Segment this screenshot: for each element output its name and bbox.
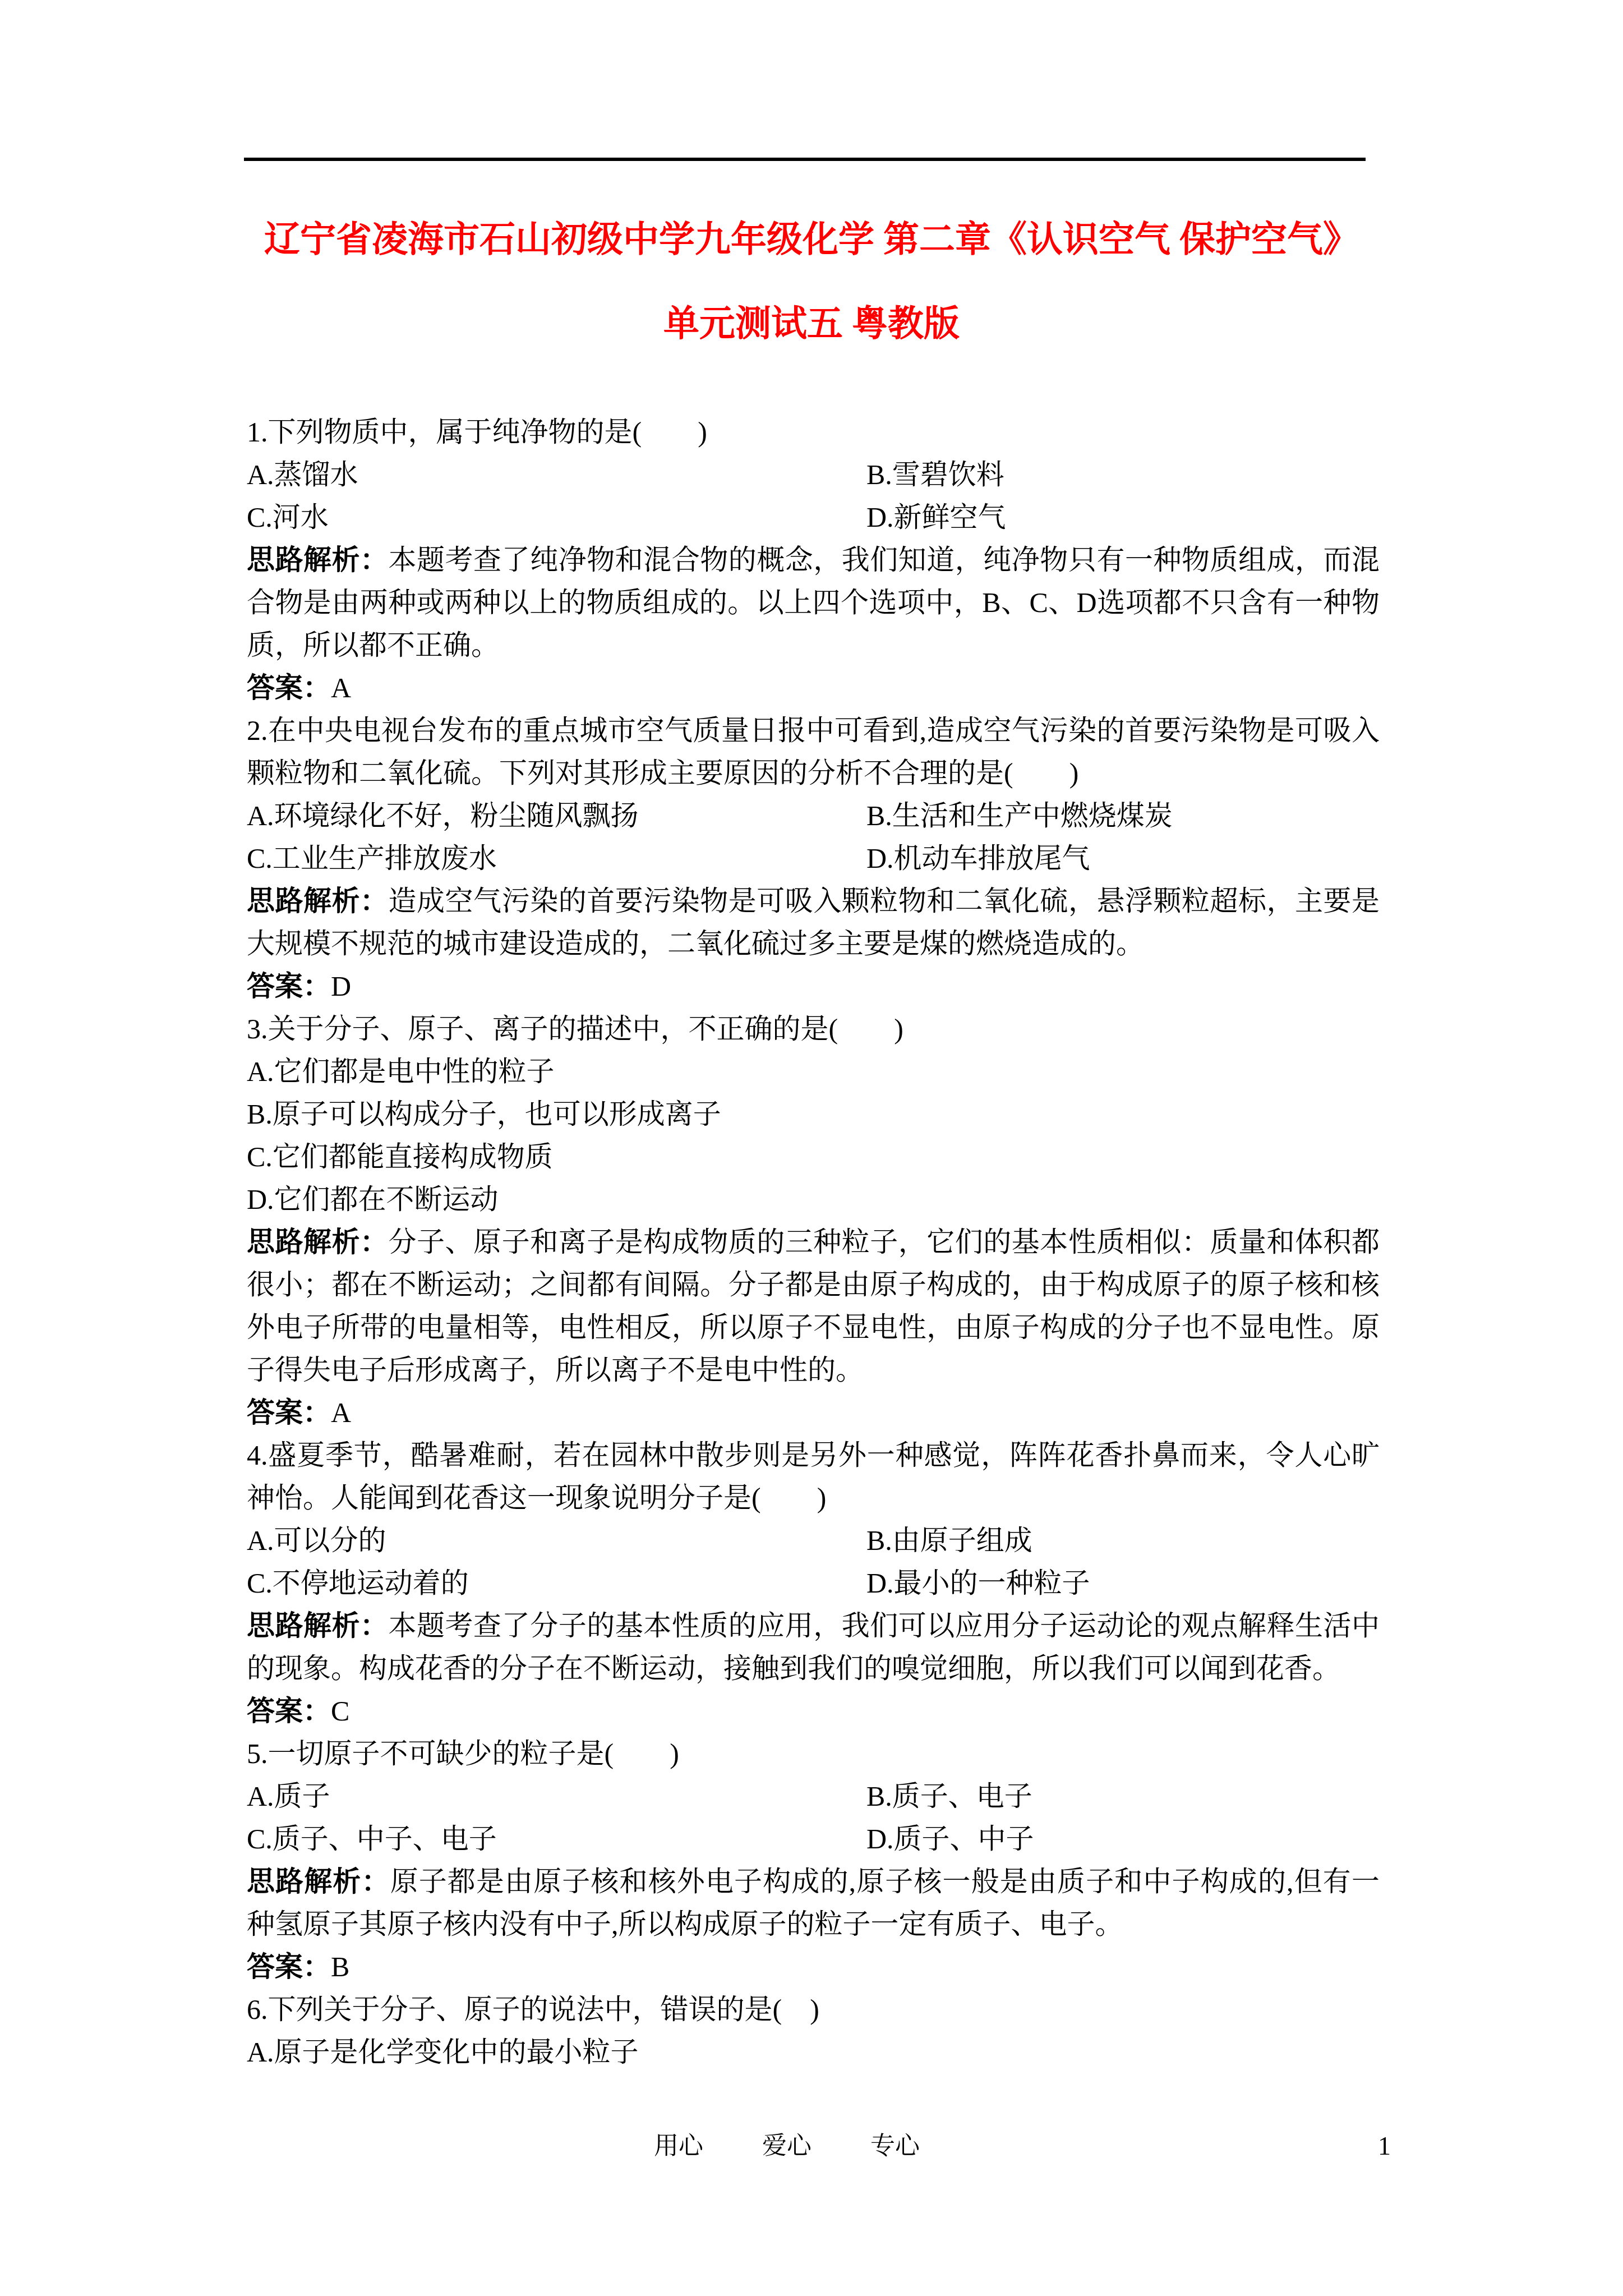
analysis-paragraph: 思路解析：本题考查了分子的基本性质的应用，我们可以应用分子运动论的观点解释生活中… [247,1604,1380,1690]
title-line-1: 辽宁省凌海市石山初级中学九年级化学 第二章《认识空气 保护空气》 [247,197,1376,282]
answer-value: A [331,1397,351,1428]
question-block-5: 5.一切原子不可缺少的粒子是( )A.质子B.质子、电子C.质子、中子、电子D.… [247,1732,1380,1988]
footer-motto-word: 用心 [654,2129,703,2163]
answer-line: 答案：B [247,1945,1380,1988]
answer-value: C [331,1695,349,1727]
option-row: C.质子、中子、电子D.质子、中子 [247,1818,1380,1860]
answer-label: 答案： [247,1951,331,1982]
answer-label: 答案： [247,1695,331,1727]
separator-line [244,158,1366,161]
document-title: 辽宁省凌海市石山初级中学九年级化学 第二章《认识空气 保护空气》 单元测试五 粤… [247,197,1376,366]
page-number: 1 [1378,2129,1391,2163]
option: C.工业生产排放废水 [247,837,866,880]
option: B.原子可以构成分子，也可以形成离子 [247,1093,1380,1135]
answer-line: 答案：C [247,1690,1380,1732]
option: D.新鲜空气 [866,496,1006,539]
analysis-text: 本题考查了分子的基本性质的应用，我们可以应用分子运动论的观点解释生活中的现象。构… [247,1610,1380,1684]
analysis-paragraph: 思路解析：分子、原子和离子是构成物质的三种粒子，它们的基本性质相似：质量和体积都… [247,1221,1380,1391]
answer-line: 答案：D [247,965,1380,1007]
option: D.质子、中子 [866,1818,1034,1860]
option: D.它们都在不断运动 [247,1178,1380,1221]
analysis-text: 分子、原子和离子是构成物质的三种粒子，它们的基本性质相似：质量和体积都很小；都在… [247,1226,1380,1386]
option: A.蒸馏水 [247,453,866,496]
question-stem: 1.下列物质中，属于纯净物的是( ) [247,411,1380,453]
answer-line: 答案：A [247,666,1380,709]
footer-motto-word: 专心 [870,2129,920,2163]
answer-line: 答案：A [247,1391,1380,1434]
answer-value: B [331,1951,349,1982]
option: D.最小的一种粒子 [866,1562,1090,1604]
option-row: A.蒸馏水B.雪碧饮料 [247,453,1380,496]
analysis-label: 思路解析： [247,1866,390,1897]
question-stem: 5.一切原子不可缺少的粒子是( ) [247,1732,1380,1775]
page-footer: 用心 爱心 专心 1 [247,2129,1380,2163]
question-block-3: 3.关于分子、原子、离子的描述中，不正确的是( )A.它们都是电中性的粒子B.原… [247,1007,1380,1434]
option: A.可以分的 [247,1519,866,1562]
option-row: C.工业生产排放废水D.机动车排放尾气 [247,837,1380,880]
answer-label: 答案： [247,1397,331,1428]
analysis-label: 思路解析： [247,885,389,917]
option: A.原子是化学变化中的最小粒子 [247,2031,1380,2073]
option: C.它们都能直接构成物质 [247,1135,1380,1178]
document-page: 辽宁省凌海市石山初级中学九年级化学 第二章《认识空气 保护空气》 单元测试五 粤… [0,0,1623,2296]
analysis-text: 本题考查了纯净物和混合物的概念，我们知道，纯净物只有一种物质组成，而混合物是由两… [247,544,1380,661]
option: A.环境绿化不好，粉尘随风飘扬 [247,794,866,837]
answer-label: 答案： [247,672,331,703]
analysis-text: 原子都是由原子核和核外电子构成的,原子核一般是由质子和中子构成的,但有一种氢原子… [247,1866,1380,1940]
question-block-1: 1.下列物质中，属于纯净物的是( )A.蒸馏水B.雪碧饮料C.河水D.新鲜空气思… [247,411,1380,709]
option: B.雪碧饮料 [866,453,1004,496]
option: B.生活和生产中燃烧煤炭 [866,794,1173,837]
option: C.不停地运动着的 [247,1562,866,1604]
question-stem: 3.关于分子、原子、离子的描述中，不正确的是( ) [247,1007,1380,1050]
footer-motto: 用心 爱心 专心 [654,2129,920,2163]
question-stem: 6.下列关于分子、原子的说法中，错误的是( ) [247,1988,1380,2031]
option: C.河水 [247,496,866,539]
question-block-2: 2.在中央电视台发布的重点城市空气质量日报中可看到,造成空气污染的首要污染物是可… [247,709,1380,1007]
option-row: C.河水D.新鲜空气 [247,496,1380,539]
analysis-label: 思路解析： [247,1226,389,1258]
analysis-paragraph: 思路解析：造成空气污染的首要污染物是可吸入颗粒物和二氧化硫，悬浮颗粒超标，主要是… [247,880,1380,965]
answer-value: D [331,970,351,1002]
option: C.质子、中子、电子 [247,1818,866,1860]
question-stem: 2.在中央电视台发布的重点城市空气质量日报中可看到,造成空气污染的首要污染物是可… [247,709,1380,794]
analysis-label: 思路解析： [247,1610,389,1641]
option-row: C.不停地运动着的D.最小的一种粒子 [247,1562,1380,1604]
questions: 1.下列物质中，属于纯净物的是( )A.蒸馏水B.雪碧饮料C.河水D.新鲜空气思… [247,411,1380,2073]
question-block-6: 6.下列关于分子、原子的说法中，错误的是( )A.原子是化学变化中的最小粒子 [247,1988,1380,2073]
question-stem: 4.盛夏季节，酷暑难耐，若在园林中散步则是另外一种感觉，阵阵花香扑鼻而来，令人心… [247,1434,1380,1519]
option: A.它们都是电中性的粒子 [247,1050,1380,1093]
analysis-paragraph: 思路解析：本题考查了纯净物和混合物的概念，我们知道，纯净物只有一种物质组成，而混… [247,539,1380,666]
option-row: A.环境绿化不好，粉尘随风飘扬B.生活和生产中燃烧煤炭 [247,794,1380,837]
title-line-2: 单元测试五 粤教版 [247,282,1376,366]
answer-value: A [331,672,351,703]
option: B.质子、电子 [866,1775,1032,1818]
option: D.机动车排放尾气 [866,837,1090,880]
option: A.质子 [247,1775,866,1818]
answer-label: 答案： [247,970,331,1002]
option-row: A.可以分的B.由原子组成 [247,1519,1380,1562]
option-row: A.质子B.质子、电子 [247,1775,1380,1818]
option: B.由原子组成 [866,1519,1032,1562]
analysis-label: 思路解析： [247,544,389,576]
question-block-4: 4.盛夏季节，酷暑难耐，若在园林中散步则是另外一种感觉，阵阵花香扑鼻而来，令人心… [247,1434,1380,1732]
analysis-paragraph: 思路解析：原子都是由原子核和核外电子构成的,原子核一般是由质子和中子构成的,但有… [247,1860,1380,1945]
footer-motto-word: 爱心 [762,2129,811,2163]
analysis-text: 造成空气污染的首要污染物是可吸入颗粒物和二氧化硫，悬浮颗粒超标，主要是大规模不规… [247,885,1380,959]
